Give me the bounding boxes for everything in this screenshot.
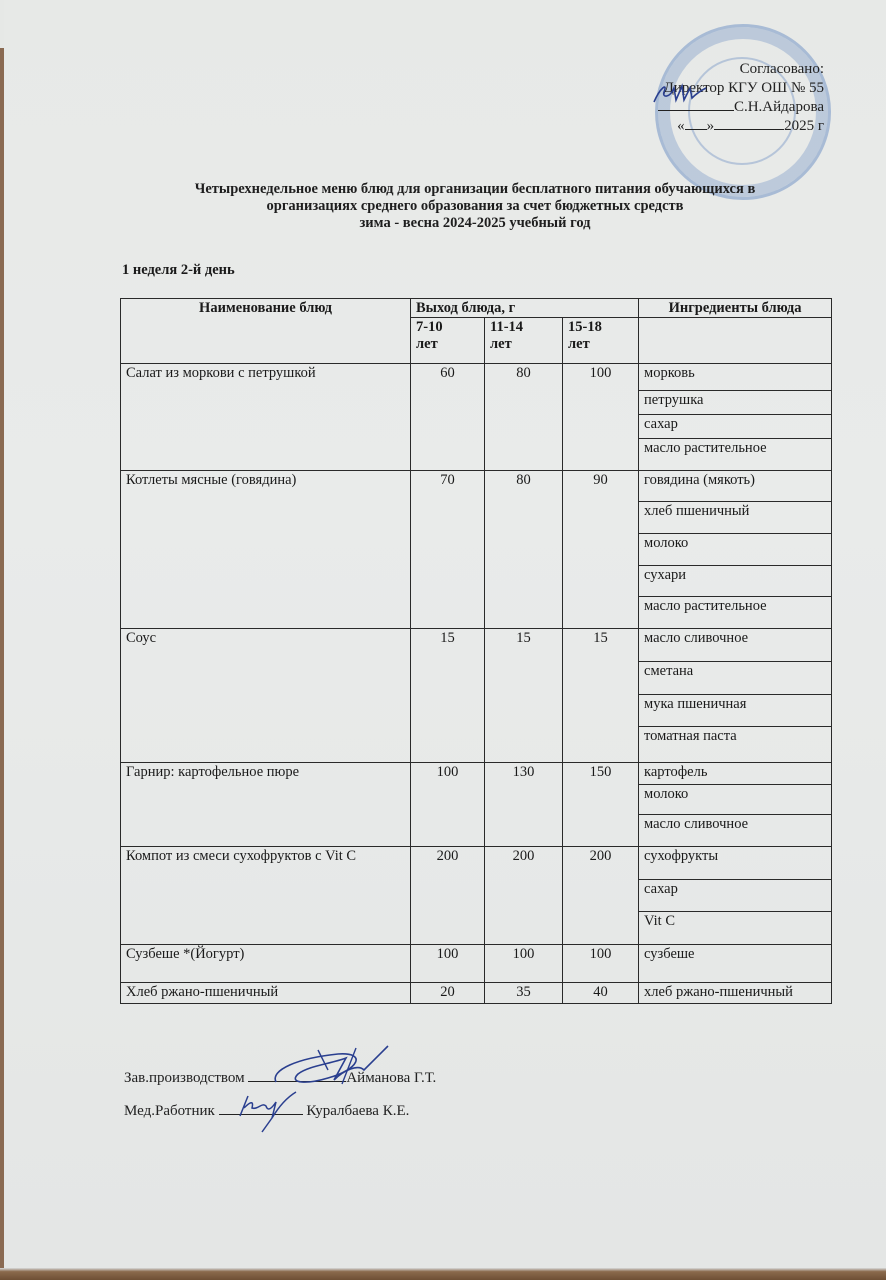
yield-value: 100	[563, 364, 639, 471]
yield-value: 200	[411, 847, 485, 945]
dish-name: Соус	[121, 629, 411, 763]
title-line-3: зима - весна 2024-2025 учебный год	[120, 215, 830, 232]
ingredient-cell: масло растительное	[639, 439, 832, 471]
yield-value: 130	[485, 763, 563, 847]
yield-value: 80	[485, 364, 563, 471]
dish-name: Сузбеше *(Йогурт)	[121, 945, 411, 983]
yield-value: 150	[563, 763, 639, 847]
yield-value: 35	[485, 983, 563, 1004]
yield-value: 40	[563, 983, 639, 1004]
table-row: Хлеб ржано-пшеничный203540хлеб ржано-пше…	[121, 983, 832, 1004]
ingredient-cell: сметана	[639, 662, 832, 695]
header-age-7-10: 7-10 лет	[411, 318, 485, 364]
header-ingredients: Ингредиенты блюда	[639, 299, 832, 318]
ingredient-cell: молоко	[639, 785, 832, 815]
document-title: Четырехнедельное меню блюд для организац…	[120, 181, 830, 232]
ingredient-cell: говядина (мякоть)	[639, 471, 832, 502]
header-age-15-18: 15-18 лет	[563, 318, 639, 364]
ingredient-cell: масло растительное	[639, 597, 832, 629]
title-line-1: Четырехнедельное меню блюд для организац…	[120, 181, 830, 198]
director-signature	[650, 78, 710, 108]
yield-value: 20	[411, 983, 485, 1004]
table-row: Компот из смеси сухофруктов с Vit C20020…	[121, 847, 832, 880]
week-day-label: 1 неделя 2-й день	[122, 262, 235, 279]
yield-value: 100	[411, 945, 485, 983]
approval-name: С.Н.Айдарова	[734, 99, 824, 115]
dish-name: Хлеб ржано-пшеничный	[121, 983, 411, 1004]
approval-date: «»2025 г	[658, 117, 824, 136]
ingredient-cell: сухофрукты	[639, 847, 832, 880]
yield-value: 80	[485, 471, 563, 629]
ingredient-cell: картофель	[639, 763, 832, 785]
dish-name: Котлеты мясные (говядина)	[121, 471, 411, 629]
medic-label: Мед.Работник	[124, 1103, 215, 1119]
date-quote-close: »	[707, 118, 715, 134]
ingredient-cell: хлеб пшеничный	[639, 502, 832, 534]
approval-agreed: Согласовано:	[658, 60, 824, 79]
ingredient-cell: сухари	[639, 566, 832, 597]
ingredient-cell: молоко	[639, 534, 832, 566]
title-line-2: организациях среднего образования за сче…	[120, 198, 830, 215]
dish-name: Гарнир: картофельное пюре	[121, 763, 411, 847]
production-label: Зав.производством	[124, 1070, 245, 1086]
dish-name: Компот из смеси сухофруктов с Vit C	[121, 847, 411, 945]
ingredient-cell: Vit C	[639, 912, 832, 945]
yield-value: 100	[485, 945, 563, 983]
ingredient-cell: томатная паста	[639, 727, 832, 763]
ingredient-cell: сузбеше	[639, 945, 832, 983]
yield-value: 200	[485, 847, 563, 945]
header-dish: Наименование блюд	[121, 299, 411, 364]
approval-year: 2025 г	[784, 118, 824, 134]
yield-value: 60	[411, 364, 485, 471]
table-row: Соус151515масло сливочное	[121, 629, 832, 662]
desk-edge-left	[0, 48, 4, 1268]
dish-name: Салат из моркови с петрушкой	[121, 364, 411, 471]
ingredient-cell: масло сливочное	[639, 629, 832, 662]
ingredient-cell: сахар	[639, 880, 832, 912]
yield-value: 70	[411, 471, 485, 629]
header-yield: Выход блюда, г	[411, 299, 639, 318]
yield-value: 15	[485, 629, 563, 763]
ingredient-cell: хлеб ржано-пшеничный	[639, 983, 832, 1004]
table-header-row: Наименование блюд Выход блюда, г Ингреди…	[121, 299, 832, 318]
header-ingredients-blank	[639, 318, 832, 364]
ingredient-cell: петрушка	[639, 391, 832, 415]
yield-value: 15	[563, 629, 639, 763]
yield-value: 15	[411, 629, 485, 763]
table-row: Котлеты мясные (говядина)708090говядина …	[121, 471, 832, 502]
ingredient-cell: сахар	[639, 415, 832, 439]
medic-name: Куралбаева К.Е.	[306, 1103, 409, 1119]
production-manager-signature	[268, 1040, 398, 1092]
ingredient-cell: мука пшеничная	[639, 695, 832, 727]
ingredient-cell: морковь	[639, 364, 832, 391]
date-quote-open: «	[677, 118, 685, 134]
table-row: Гарнир: картофельное пюре100130150картоф…	[121, 763, 832, 785]
table-row: Сузбеше *(Йогурт)100100100сузбеше	[121, 945, 832, 983]
yield-value: 100	[563, 945, 639, 983]
menu-table: Наименование блюд Выход блюда, г Ингреди…	[120, 298, 832, 1004]
yield-value: 90	[563, 471, 639, 629]
header-age-11-14: 11-14 лет	[485, 318, 563, 364]
yield-value: 100	[411, 763, 485, 847]
medic-signature	[232, 1088, 302, 1134]
desk-edge-bottom	[0, 1268, 886, 1280]
yield-value: 200	[563, 847, 639, 945]
ingredient-cell: масло сливочное	[639, 815, 832, 847]
table-row: Салат из моркови с петрушкой6080100морко…	[121, 364, 832, 391]
